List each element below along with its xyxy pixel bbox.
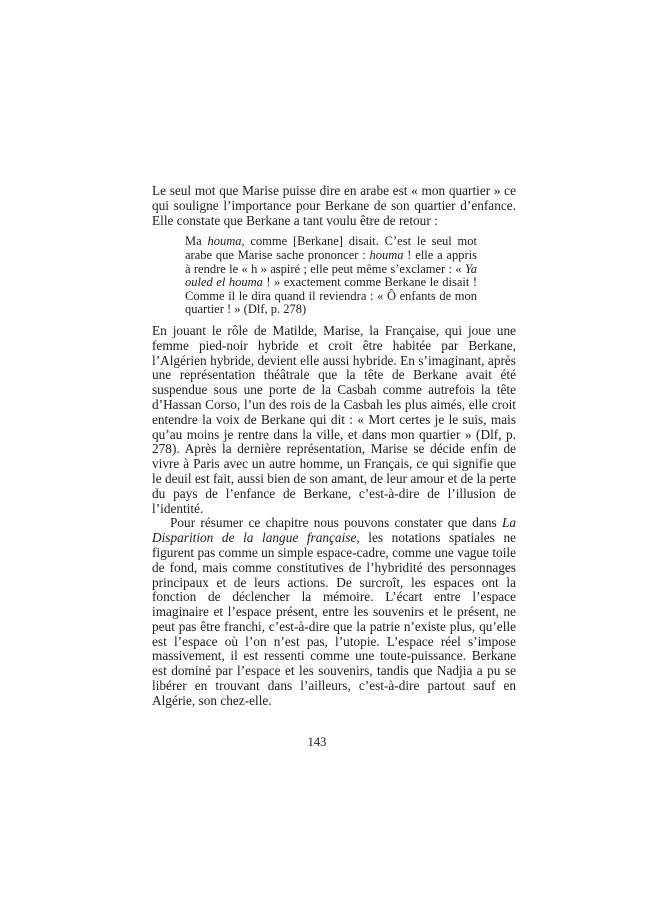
paragraph-intro: Le seul mot que Marise puisse dire en ar…	[152, 184, 516, 228]
text-block: Le seul mot que Marise puisse dire en ar…	[152, 184, 516, 709]
paragraph-summary: Pour résumer ce chapitre nous pouvons co…	[152, 516, 516, 708]
paragraph-analysis: En jouant le rôle de Matilde, Marise, la…	[152, 324, 516, 516]
block-quote: Ma houma, comme [Berkane] disait. C’est …	[185, 235, 477, 317]
page-number: 143	[0, 735, 634, 750]
book-page: Le seul mot que Marise puisse dire en ar…	[0, 0, 650, 920]
